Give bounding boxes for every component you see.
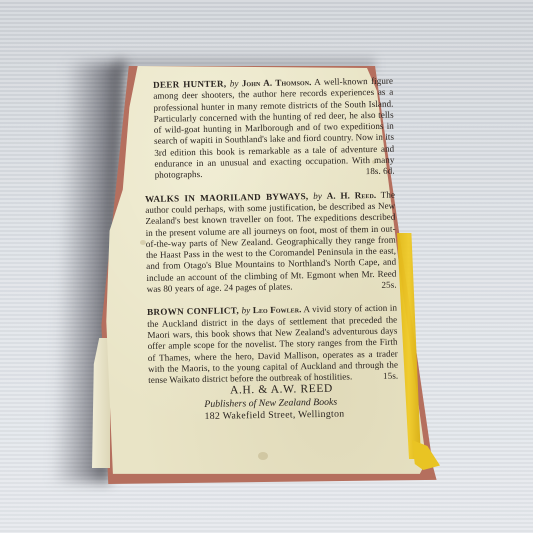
book-description: A well-known figure among deer shooters,… xyxy=(153,76,394,181)
book-entry-deer-hunter: DEER HUNTER, by John A. Thomson. A well-… xyxy=(143,76,395,182)
publisher-name: A.H. & A.W. REED xyxy=(204,382,404,397)
book-entry-brown-conflict: BROWN CONFLICT, by Leo Fowler. A vivid s… xyxy=(147,303,398,386)
publisher-imprint: A.H. & A.W. REED Publishers of New Zeala… xyxy=(204,382,405,422)
book-price: 25s. xyxy=(381,280,396,292)
cover-blurb-text: DEER HUNTER, by John A. Thomson. A well-… xyxy=(143,76,399,399)
book-author: Leo Fowler. xyxy=(253,305,302,316)
book-price: 18s. 6d. xyxy=(366,166,395,178)
book-description: The author could perhaps, with some just… xyxy=(145,189,396,294)
book-entry-walks-in-maoriland-byways: WALKS IN MAORILAND BYWAYS, by A. H. Reed… xyxy=(145,189,397,295)
book-author: A. H. Reed. xyxy=(327,190,377,201)
book-author: John A. Thomson. xyxy=(242,77,312,88)
book-price: 15s. xyxy=(383,371,398,383)
stain-mark xyxy=(258,452,268,460)
book-title: BROWN CONFLICT, xyxy=(147,306,239,318)
book-title: DEER HUNTER, xyxy=(153,79,227,90)
